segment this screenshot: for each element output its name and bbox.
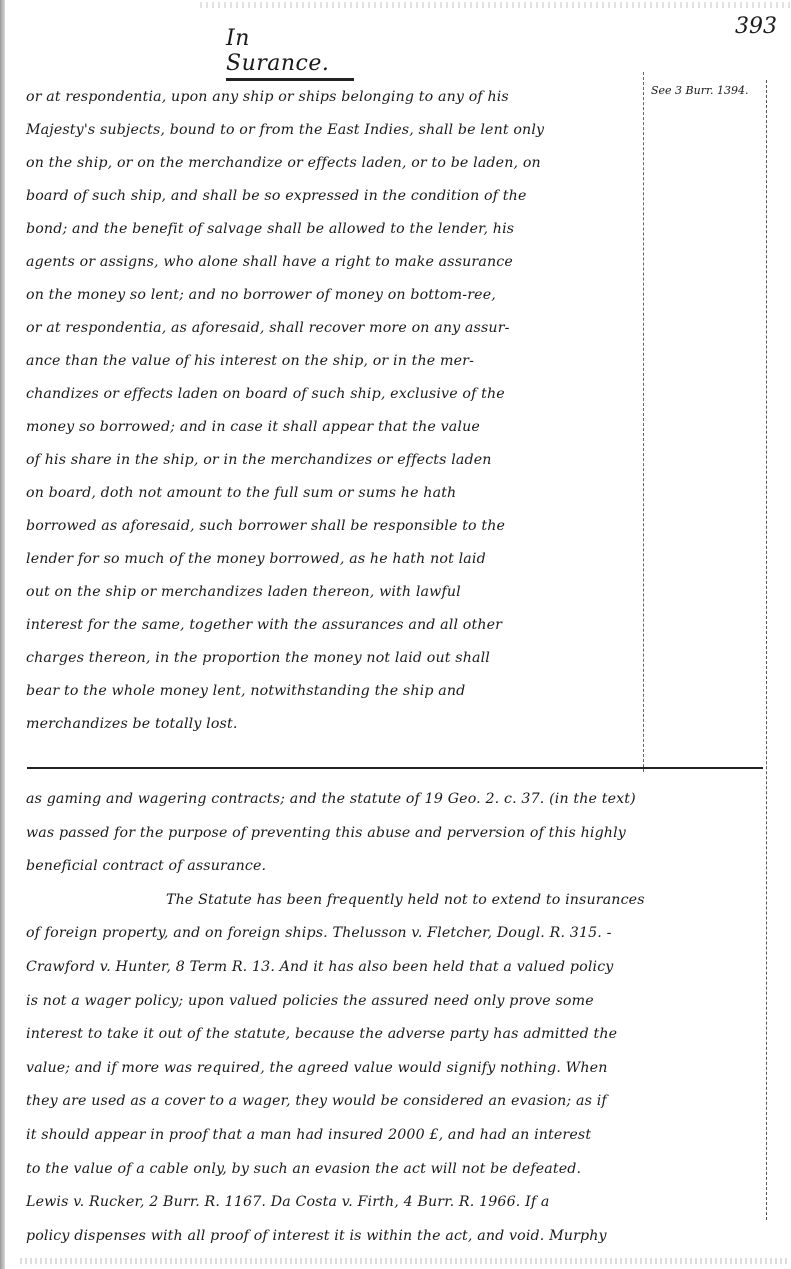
scan-left-edge [0,0,5,1269]
text-line: beneficial contract of assurance. [26,850,766,884]
text-line: on the ship, or on the merchandize or ef… [26,147,646,180]
text-line: board of such ship, and shall be so expr… [26,180,646,213]
scan-noise-bottom [20,1258,790,1264]
text-line: interest for the same, together with the… [26,609,646,642]
text-line: bond; and the benefit of salvage shall b… [26,213,646,246]
text-line: interest to take it out of the statute, … [26,1018,766,1052]
text-line: Lewis v. Rucker, 2 Burr. R. 1167. Da Cos… [26,1186,766,1220]
text-line: money so borrowed; and in case it shall … [26,411,646,444]
text-line: policy dispenses with all proof of inter… [26,1220,766,1254]
page-number: 393 [735,14,777,39]
text-line: Majesty's subjects, bound to or from the… [26,114,646,147]
paragraph-start-line: The Statute has been frequently held not… [26,884,766,918]
text-line: on the money so lent; and no borrower of… [26,279,646,312]
page-heading: In Surance. [226,26,354,81]
scan-noise-top [200,2,790,8]
text-line: out on the ship or merchandizes laden th… [26,576,646,609]
text-line: value; and if more was required, the agr… [26,1052,766,1086]
text-line: is not a wager policy; upon valued polic… [26,985,766,1019]
text-line: of his share in the ship, or in the merc… [26,444,646,477]
text-line: or at respondentia, upon any ship or shi… [26,81,646,114]
text-line: chandizes or effects laden on board of s… [26,378,646,411]
text-line: merchandizes be totally lost. [26,708,646,741]
upper-section-text: or at respondentia, upon any ship or shi… [26,81,646,741]
text-line: borrowed as aforesaid, such borrower sha… [26,510,646,543]
margin-note: See 3 Burr. 1394. [651,84,749,97]
margin-rule-outer [766,80,767,1220]
text-line: bear to the whole money lent, notwithsta… [26,675,646,708]
text-line: to the value of a cable only, by such an… [26,1153,766,1187]
text-line: was passed for the purpose of preventing… [26,817,766,851]
text-line: agents or assigns, who alone shall have … [26,246,646,279]
text-line: they are used as a cover to a wager, the… [26,1085,766,1119]
text-line: ance than the value of his interest on t… [26,345,646,378]
text-line: as gaming and wagering contracts; and th… [26,783,766,817]
section-divider [27,767,763,769]
text-line: charges thereon, in the proportion the m… [26,642,646,675]
lower-section-text: as gaming and wagering contracts; and th… [26,783,766,1253]
text-line: or at respondentia, as aforesaid, shall … [26,312,646,345]
text-line: lender for so much of the money borrowed… [26,543,646,576]
text-line: on board, doth not amount to the full su… [26,477,646,510]
text-line: Crawford v. Hunter, 8 Term R. 13. And it… [26,951,766,985]
text-line: of foreign property, and on foreign ship… [26,917,766,951]
text-line: it should appear in proof that a man had… [26,1119,766,1153]
